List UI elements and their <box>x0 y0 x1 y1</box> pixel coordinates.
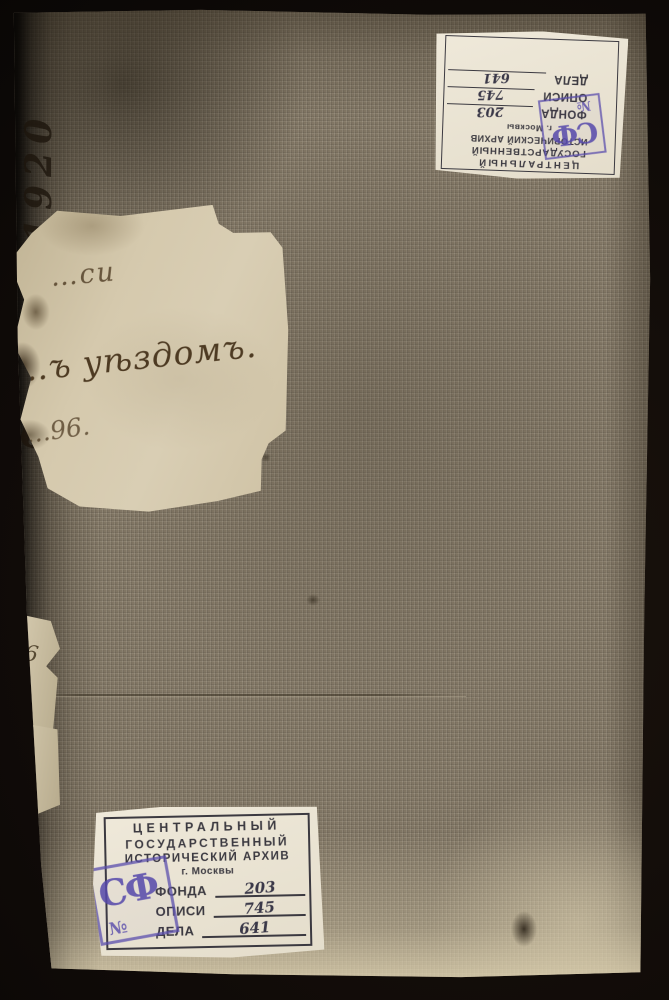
cf-stamp-text: СФ <box>551 115 600 153</box>
opis-value: 745 <box>477 86 504 101</box>
delo-value: 641 <box>483 69 510 84</box>
opis-value: 745 <box>243 898 276 918</box>
spine-paper-fragment <box>10 722 60 814</box>
book-cover: 1920 6 гане …си …ъ уѣздомъ. …96. 6 ЦЕНТР… <box>6 6 656 982</box>
stain-spot <box>511 911 537 947</box>
upside-down-stamp-content: ЦЕНТРАЛЬНЫЙ ГОСУДАРСТВЕННЫЙ ИСТОРИЧЕСКИЙ… <box>431 28 628 183</box>
archive-stamp-label-top-right: ЦЕНТРАЛЬНЫЙ ГОСУДАРСТВЕННЫЙ ИСТОРИЧЕСКИЙ… <box>431 28 628 183</box>
stain-spot <box>306 594 320 606</box>
fabric-seam <box>36 694 466 696</box>
delo-row: ДЕЛА 641 <box>448 69 614 92</box>
cf-ink-stamp: СФ № <box>538 93 607 160</box>
cf-stamp-no-sign: № <box>107 917 129 940</box>
handwritten-title-label: …си …ъ уѣздомъ. …96. <box>5 204 298 524</box>
title-line-3: …96. <box>23 411 91 449</box>
spine-handwriting-top: 1920 <box>18 28 60 243</box>
photo-stage: 1920 6 гане …си …ъ уѣздомъ. …96. 6 ЦЕНТР… <box>0 0 669 1000</box>
title-line-2: …ъ уѣздомъ. <box>13 326 259 390</box>
delo-line: 641 <box>202 915 306 938</box>
fragment-handwriting: 6 <box>22 641 40 668</box>
cf-ink-stamp: СФ № <box>87 855 180 946</box>
delo-value: 641 <box>238 918 271 938</box>
fond-value: 203 <box>476 103 503 118</box>
title-line-1: …си <box>49 256 117 293</box>
archive-stamp-label-bottom-left: ЦЕНТРАЛЬНЫЙ ГОСУДАРСТВЕННЫЙ ИСТОРИЧЕСКИЙ… <box>91 804 324 961</box>
delo-label: ДЕЛА <box>553 73 588 86</box>
cf-stamp-no-sign: № <box>576 97 592 114</box>
cf-stamp-text: СФ <box>95 865 160 917</box>
fond-value: 203 <box>244 878 277 898</box>
